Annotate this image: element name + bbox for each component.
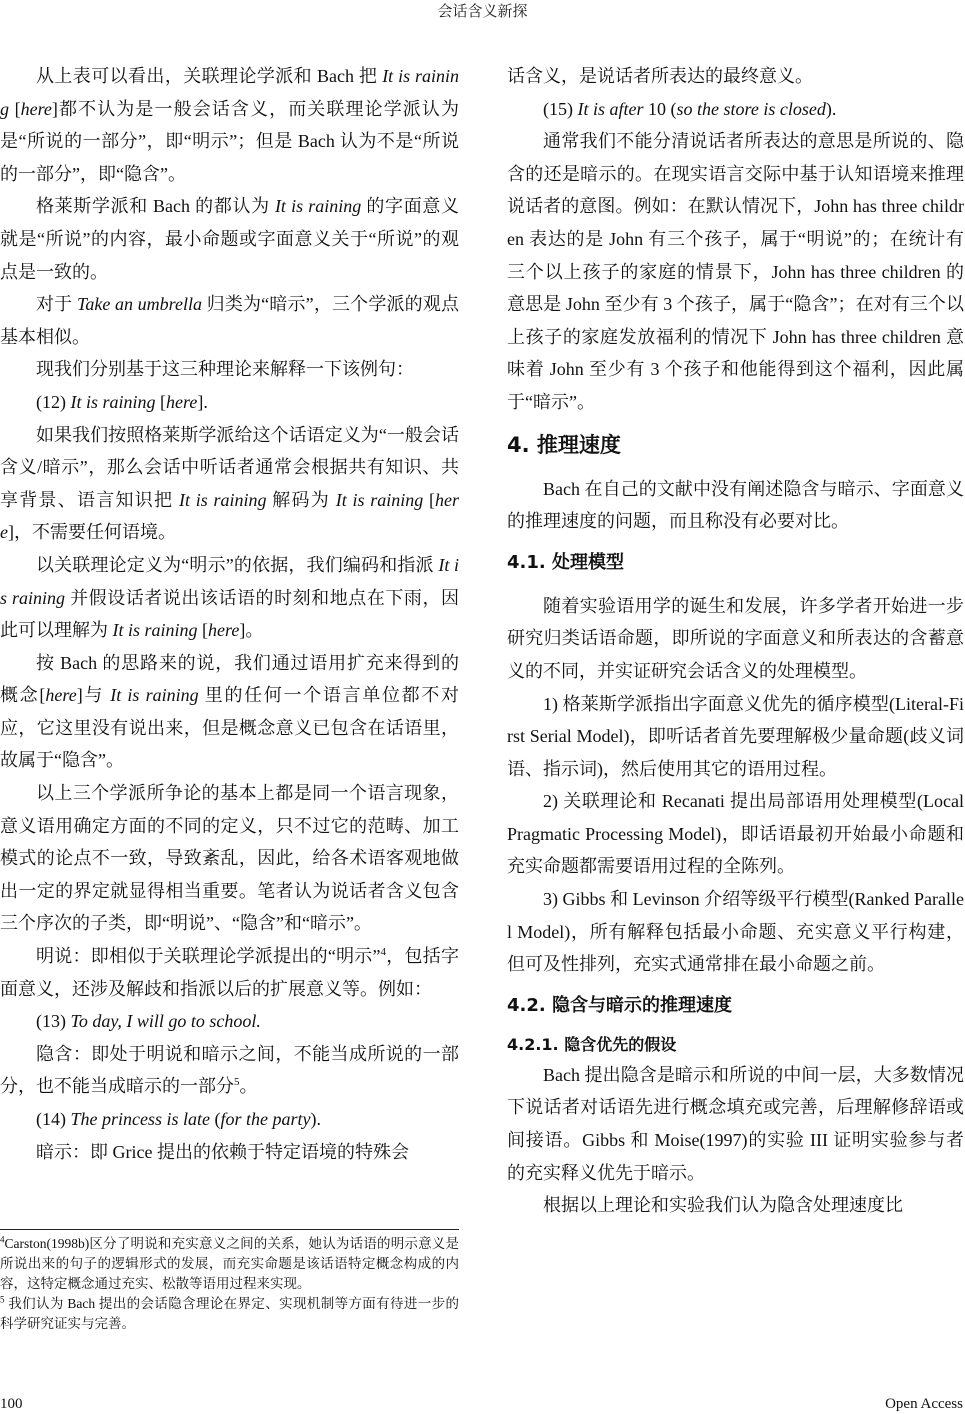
text: ).	[311, 1109, 322, 1129]
list-item-model-3: 3) Gibbs 和 Levinson 介绍等级平行模型(Ranked Para…	[507, 883, 964, 981]
footnote-4: 4Carston(1998b)区分了明说和充实意义之间的关系，她认为话语的明示意…	[0, 1234, 459, 1294]
text: 10 (	[644, 99, 677, 119]
paragraph: 以上三个学派所争论的基本上都是同一个语言现象，意义语用确定方面的不同的定义，只不…	[0, 777, 459, 940]
paragraph: 根据以上理论和实验我们认为隐含处理速度比	[507, 1189, 964, 1222]
text: ]与	[77, 685, 111, 705]
example-15: (15) It is after 10 (so the store is clo…	[507, 93, 964, 126]
text: ].	[197, 392, 208, 412]
list-item-model-2: 2) 关联理论和 Recanati 提出局部语用处理模型(Local Pragm…	[507, 785, 964, 883]
italic-example: It is raining	[179, 490, 267, 510]
text: [	[9, 99, 21, 119]
paragraph: 按 Bach 的思路来的说，我们通过语用扩充来得到的概念[here]与 It i…	[0, 647, 459, 777]
example-13: (13) To day, I will go to school.	[0, 1005, 459, 1038]
section-heading-4-2: 4.2. 隐含与暗示的推理速度	[507, 993, 964, 1019]
italic-example: here	[45, 685, 76, 705]
footnote-text: Carston(1998b)区分了明说和充实意义之间的关系，她认为话语的明示意义…	[0, 1236, 459, 1291]
italic-example: for the party	[221, 1109, 311, 1129]
paragraph: 明说：即相似于关联理论学派提出的“明示”4，包括字面意义，还涉及解歧和指派以后的…	[0, 940, 459, 1005]
italic-example: It is after	[578, 99, 644, 119]
footnotes: 4Carston(1998b)区分了明说和充实意义之间的关系，她认为话语的明示意…	[0, 1229, 459, 1334]
paragraph: 对于 Take an umbrella 归类为“暗示”，三个学派的观点基本相似。	[0, 288, 459, 353]
italic-example: here	[208, 620, 239, 640]
text: 明说：即相似于关联理论学派提出的“明示”	[36, 946, 381, 966]
italic-example: It is raining	[113, 620, 198, 640]
paragraph: 隐含：即处于明说和暗示之间，不能当成所说的一部分，也不能当成暗示的一部分5。	[0, 1038, 459, 1103]
italic-example: It is raining	[71, 392, 156, 412]
text: ]。	[239, 620, 263, 640]
example-number: (12)	[36, 392, 71, 412]
text: 。	[240, 1076, 258, 1096]
paragraph: Bach 提出隐含是暗示和所说的中间一层，大多数情况下说话者对话语先进行概念填充…	[507, 1059, 964, 1189]
italic-example: here	[166, 392, 197, 412]
text: 解码为	[267, 490, 336, 510]
text: [	[156, 392, 167, 412]
text: ]，不需要任何语境。	[8, 522, 176, 542]
example-number: (14)	[36, 1109, 71, 1129]
paragraph: 随着实验语用学的诞生和发展，许多学者开始进一步研究归类话语命题，即所说的字面意义…	[507, 590, 964, 688]
italic-example: It is raining	[110, 685, 198, 705]
section-heading-4-2-1: 4.2.1. 隐含优先的假设	[507, 1033, 964, 1057]
paragraph: 从上表可以看出，关联理论学派和 Bach 把 It is raining [he…	[0, 60, 459, 190]
journal-name: Open Access	[885, 1394, 963, 1414]
paragraph: 通常我们不能分清说话者所表达的意思是所说的、隐含的还是暗示的。在现实语言交际中基…	[507, 125, 964, 418]
italic-example: Take an umbrella	[77, 294, 202, 314]
text: 隐含：即处于明说和暗示之间，不能当成所说的一部分，也不能当成暗示的一部分	[0, 1044, 459, 1097]
text: ]都不认为是一般会话含义，而关联理论学派认为是“所说的一部分”，即“明示”；但是…	[0, 99, 459, 184]
example-number: (13)	[36, 1011, 71, 1031]
page-number: 100	[0, 1394, 23, 1414]
example-14: (14) The princess is late (for the party…	[0, 1103, 459, 1136]
text: 以关联理论定义为“明示”的依据，我们编码和指派	[36, 555, 438, 575]
section-heading-4-1: 4.1. 处理模型	[507, 550, 964, 576]
text: ).	[826, 99, 837, 119]
paragraph: 暗示：即 Grice 提出的依赖于特定语境的特殊会	[0, 1136, 459, 1169]
italic-example: The princess is late	[71, 1109, 211, 1129]
running-title: 会话含义新探	[0, 2, 965, 22]
text: 对于	[36, 294, 77, 314]
left-column: 从上表可以看出，关联理论学派和 Bach 把 It is raining [he…	[0, 60, 459, 1168]
text: [	[423, 490, 435, 510]
text: [	[198, 620, 209, 640]
section-heading-4: 4. 推理速度	[507, 431, 964, 459]
text: 格莱斯学派和 Bach 的都认为	[36, 196, 275, 216]
italic-example: It is raining	[336, 490, 424, 510]
paragraph: 话含义，是说话者所表达的最终意义。	[507, 60, 964, 93]
footnote-text: 我们认为 Bach 提出的会话隐含理论在界定、实现机制等方面有待进一步的科学研究…	[0, 1296, 459, 1331]
paragraph: 现我们分别基于这三种理论来解释一下该例句：	[0, 353, 459, 386]
example-number: (15)	[543, 99, 578, 119]
italic-example: here	[21, 99, 52, 119]
example-12: (12) It is raining [here].	[0, 386, 459, 419]
footnote-5: 5 我们认为 Bach 提出的会话隐含理论在界定、实现机制等方面有待进一步的科学…	[0, 1294, 459, 1334]
italic-example: To day, I will go to school.	[71, 1011, 261, 1031]
paragraph: Bach 在自己的文献中没有阐述隐含与暗示、字面意义的推理速度的问题，而且称没有…	[507, 473, 964, 538]
text: 从上表可以看出，关联理论学派和 Bach 把	[36, 66, 382, 86]
paragraph: 以关联理论定义为“明示”的依据，我们编码和指派 It is raining 并假…	[0, 549, 459, 647]
text: (	[210, 1109, 221, 1129]
right-column: 话含义，是说话者所表达的最终意义。 (15) It is after 10 (s…	[507, 60, 964, 1222]
paragraph: 如果我们按照格莱斯学派给这个话语定义为“一般会话含义/暗示”，那么会话中听话者通…	[0, 419, 459, 549]
italic-example: It is raining	[275, 196, 361, 216]
italic-example: so the store is closed	[677, 99, 826, 119]
paragraph: 格莱斯学派和 Bach 的都认为 It is raining 的字面意义就是“所…	[0, 190, 459, 288]
list-item-model-1: 1) 格莱斯学派指出字面意义优先的循序模型(Literal-First Seri…	[507, 688, 964, 786]
